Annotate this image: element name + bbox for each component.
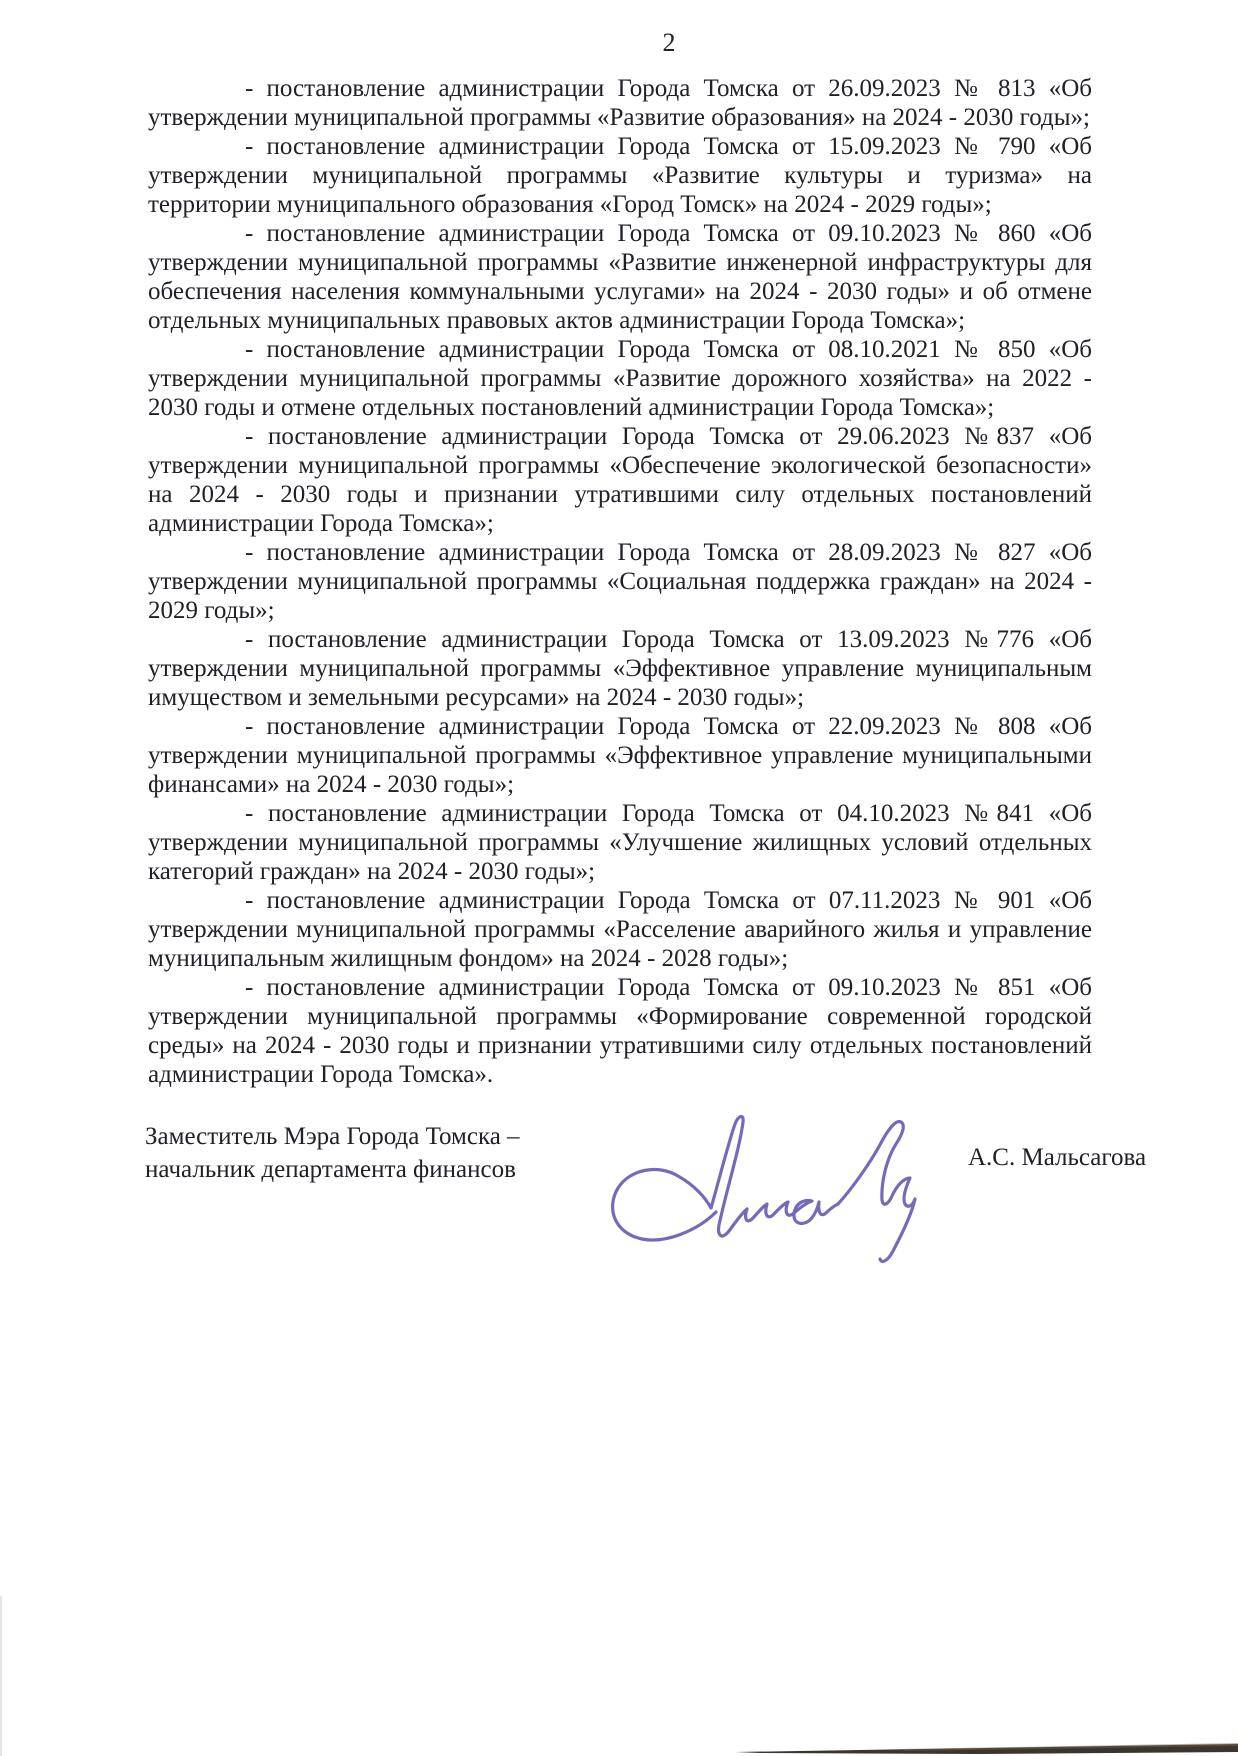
body-paragraph: - постановление администрации Города Том…: [148, 335, 1092, 422]
scan-bottom-edge-artifact: [0, 1740, 1238, 1756]
body-paragraph: - постановление администрации Города Том…: [148, 538, 1092, 625]
body-paragraph: - постановление администрации Города Том…: [148, 712, 1092, 799]
body-paragraph: - постановление администрации Города Том…: [148, 219, 1092, 335]
body-paragraph: - постановление администрации Города Том…: [148, 422, 1092, 538]
document-body: - постановление администрации Города Том…: [148, 74, 1092, 1089]
signatory-position: Заместитель Мэра Города Томска – начальн…: [145, 1120, 520, 1186]
page-number: 2: [0, 28, 1238, 58]
scan-left-edge-artifact: [0, 1596, 2, 1756]
body-paragraph: - постановление администрации Города Том…: [148, 973, 1092, 1089]
body-paragraph: - постановление администрации Города Том…: [148, 74, 1092, 132]
body-paragraph: - постановление администрации Города Том…: [148, 625, 1092, 712]
signatory-position-line2: начальник департамента финансов: [145, 1153, 520, 1186]
body-paragraph: - постановление администрации Города Том…: [148, 132, 1092, 219]
signatory-position-line1: Заместитель Мэра Города Томска –: [145, 1120, 520, 1153]
document-page: 2 - постановление администрации Города Т…: [0, 0, 1238, 1756]
body-paragraph: - постановление администрации Города Том…: [148, 886, 1092, 973]
handwritten-signature-icon: [598, 1092, 943, 1277]
signatory-name: А.С. Мальсагова: [968, 1144, 1146, 1172]
body-paragraph: - постановление администрации Города Том…: [148, 799, 1092, 886]
